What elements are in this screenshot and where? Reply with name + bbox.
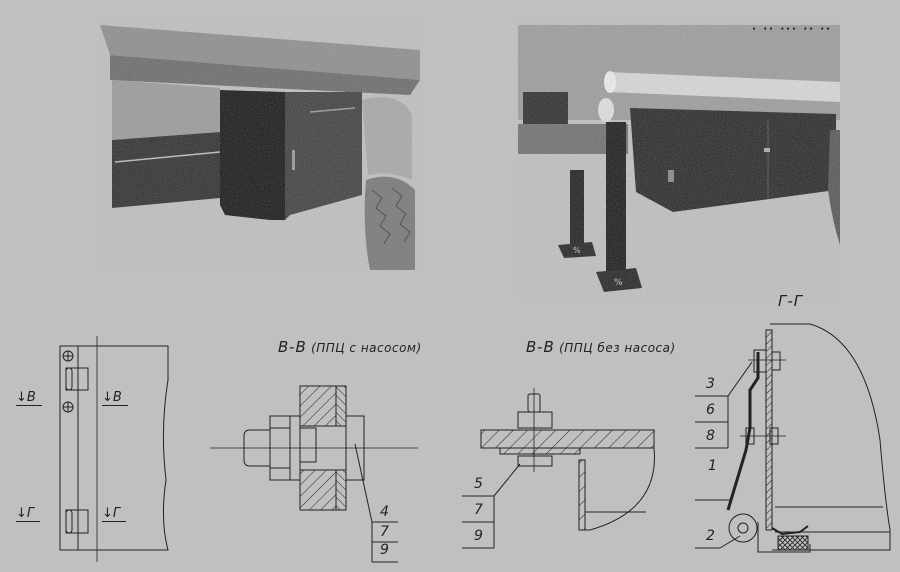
- callout-4: 4: [380, 504, 389, 520]
- section-mark-g-left: ↓Г: [16, 506, 40, 522]
- section-title-bb-with-pump: B-B (ППЦ с насосом): [278, 338, 422, 356]
- drawing-section-bb-with-pump: 4 7 9: [200, 370, 420, 572]
- photo-support-legs: % % · ·· ··· ·· ··: [518, 20, 840, 300]
- callout-7: 7: [380, 524, 389, 540]
- callout-5: 5: [474, 476, 483, 492]
- photo-pump-compartment: [100, 20, 420, 270]
- section-mark-b-right: ↓B: [102, 390, 128, 406]
- callout-7: 7: [474, 502, 483, 518]
- section-title-bb-without-pump: B-B (ППЦ без насоса): [526, 338, 676, 356]
- callout-9: 9: [474, 528, 483, 544]
- callout-6: 6: [706, 402, 715, 418]
- callout-3: 3: [706, 376, 715, 392]
- callout-2: 2: [706, 528, 715, 544]
- section-mark-b-left: ↓B: [16, 390, 42, 406]
- callout-1: 1: [708, 458, 717, 474]
- drawing-elevation-view: ↓B ↓B ↓Г ↓Г: [0, 330, 180, 572]
- section-mark-g-right: ↓Г: [102, 506, 126, 522]
- drawing-section-bb-without-pump: 5 7 9: [450, 380, 680, 572]
- callout-9: 9: [380, 542, 389, 558]
- drawing-section-gg: 3 6 8 1 2: [690, 300, 900, 572]
- photo-tank-lettering: · ·· ··· ·· ··: [752, 24, 832, 35]
- callout-8: 8: [706, 428, 715, 444]
